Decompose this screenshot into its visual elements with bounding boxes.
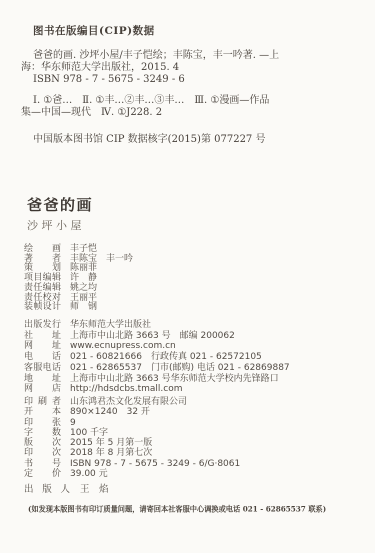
printing-value: 2015 年 5 月第一版 bbox=[70, 438, 152, 448]
printing-value: 2018 年 8 月第七次 bbox=[70, 448, 152, 458]
credit-label: 装帧设计 bbox=[24, 303, 61, 313]
cip-description: 爸爸的画. 沙坪小屋/丰子恺绘；丰陈宝，丰一吟著. —上 海：华东师范大学出版社… bbox=[21, 50, 366, 85]
publishing-row: 客服电话 021 - 62865537 门市(邮购) 电话 021 - 6286… bbox=[24, 363, 290, 374]
publishing-label: 电话 bbox=[24, 352, 61, 363]
credits-list: 绘画 丰子恺 著者 丰陈宝 丰一吟 策划 陈丽菲 项目编辑 许 静 责任编辑 姚… bbox=[24, 245, 133, 313]
printing-label: 印张 bbox=[24, 418, 61, 428]
printing-label: 定价 bbox=[24, 469, 61, 479]
publishing-row: 网址 www.ecnupress.com.cn bbox=[24, 341, 290, 352]
publishing-label: 社址 bbox=[24, 331, 61, 342]
publishing-row: 网店 http://hdsdcbs.tmall.com bbox=[24, 384, 290, 395]
cip-classification-line: 集—中国—现代 Ⅳ. ①J228. 2 bbox=[21, 107, 366, 119]
publishing-store-url: http://hdsdcbs.tmall.com bbox=[70, 384, 183, 395]
publishing-label: 网址 bbox=[24, 341, 61, 352]
printing-label: 版次 bbox=[24, 438, 61, 448]
publishing-list: 出版发行 华东师范大学出版社 社址 上海市中山北路 3663 号 邮编 2000… bbox=[24, 320, 290, 395]
printing-value: 100 千字 bbox=[70, 428, 108, 438]
printing-label: 书号 bbox=[24, 459, 61, 469]
cip-record-number: 中国版本图书馆 CIP 数据核字(2015)第 077227 号 bbox=[33, 130, 265, 145]
printing-row: 印次 2018 年 8 月第七次 bbox=[24, 448, 240, 458]
publisher-label: 出版人 bbox=[24, 481, 70, 495]
publishing-row: 社址 上海市中山北路 3663 号 邮编 200062 bbox=[24, 331, 290, 342]
printing-row: 字数 100 千字 bbox=[24, 428, 240, 438]
publishing-value: 华东师范大学出版社 bbox=[70, 320, 151, 331]
publishing-label: 出版发行 bbox=[24, 320, 61, 331]
printing-list: 印刷者 山东鸿君杰文化发展有限公司 开本 890×1240 32 开 印张 9 … bbox=[24, 397, 240, 479]
publisher-name: 王 焰 bbox=[80, 481, 109, 495]
printing-label: 印刷者 bbox=[24, 397, 61, 407]
publishing-label: 客服电话 bbox=[24, 363, 61, 374]
isbn-line: ISBN 978 - 7 - 5675 - 3249 - 6 bbox=[21, 74, 366, 86]
printing-row: 印刷者 山东鸿君杰文化发展有限公司 bbox=[24, 397, 240, 407]
credit-value: 师 钢 bbox=[70, 303, 97, 313]
book-number-value: ISBN 978 - 7 - 5675 - 3249 - 6/G·8061 bbox=[70, 459, 240, 469]
printing-row: 定价 39.00 元 bbox=[24, 469, 240, 479]
printing-row: 版次 2015 年 5 月第一版 bbox=[24, 438, 240, 448]
publisher-line: 出版人 王 焰 bbox=[24, 481, 109, 495]
printing-row: 印张 9 bbox=[24, 418, 240, 428]
publishing-value: 021 - 60821666 行政传真 021 - 62572105 bbox=[70, 352, 262, 363]
copyright-page: 图书在版编目(CIP)数据 爸爸的画. 沙坪小屋/丰子恺绘；丰陈宝，丰一吟著. … bbox=[0, 0, 375, 553]
publishing-value: 021 - 62865537 门市(邮购) 电话 021 - 62869887 bbox=[70, 363, 290, 374]
credit-row: 装帧设计 师 钢 bbox=[24, 303, 133, 313]
printing-label: 字数 bbox=[24, 428, 61, 438]
cip-description-line: 海：华东师范大学出版社，2015. 4 bbox=[21, 62, 366, 74]
publishing-row: 地址 上海市中山北路 3663 号华东师范大学校内先锋路口 bbox=[24, 374, 290, 385]
cip-description-line: 爸爸的画. 沙坪小屋/丰子恺绘；丰陈宝，丰一吟著. —上 bbox=[21, 50, 366, 62]
publishing-row: 电话 021 - 60821666 行政传真 021 - 62572105 bbox=[24, 352, 290, 363]
book-subtitle: 沙坪小屋 bbox=[27, 217, 85, 233]
price-value: 39.00 元 bbox=[70, 469, 108, 479]
cip-classification-line: Ⅰ. ①爸… Ⅱ. ①丰…②丰…③丰… Ⅲ. ①漫画—作品 bbox=[21, 95, 366, 107]
printing-label: 印次 bbox=[24, 448, 61, 458]
publishing-row: 出版发行 华东师范大学出版社 bbox=[24, 320, 290, 331]
quality-footnote: (如发现本版图书有印订质量问题，请寄回本社客服中心调换或电话 021 - 628… bbox=[28, 505, 345, 514]
cip-heading: 图书在版编目(CIP)数据 bbox=[33, 23, 155, 38]
printing-value: 山东鸿君杰文化发展有限公司 bbox=[70, 397, 187, 407]
cip-classification: Ⅰ. ①爸… Ⅱ. ①丰…②丰…③丰… Ⅲ. ①漫画—作品 集—中国—现代 Ⅳ.… bbox=[21, 95, 366, 119]
publishing-value: 上海市中山北路 3663 号华东师范大学校内先锋路口 bbox=[70, 374, 279, 385]
publishing-website: www.ecnupress.com.cn bbox=[70, 341, 176, 352]
publishing-label: 网店 bbox=[24, 384, 61, 395]
printing-value: 890×1240 32 开 bbox=[70, 407, 150, 417]
printing-row: 开本 890×1240 32 开 bbox=[24, 407, 240, 417]
publishing-label: 地址 bbox=[24, 374, 61, 385]
printing-value: 9 bbox=[70, 418, 76, 428]
printing-label: 开本 bbox=[24, 407, 61, 417]
publishing-value: 上海市中山北路 3663 号 邮编 200062 bbox=[70, 331, 235, 342]
book-title: 爸爸的画 bbox=[27, 194, 93, 215]
printing-row: 书号 ISBN 978 - 7 - 5675 - 3249 - 6/G·8061 bbox=[24, 459, 240, 469]
